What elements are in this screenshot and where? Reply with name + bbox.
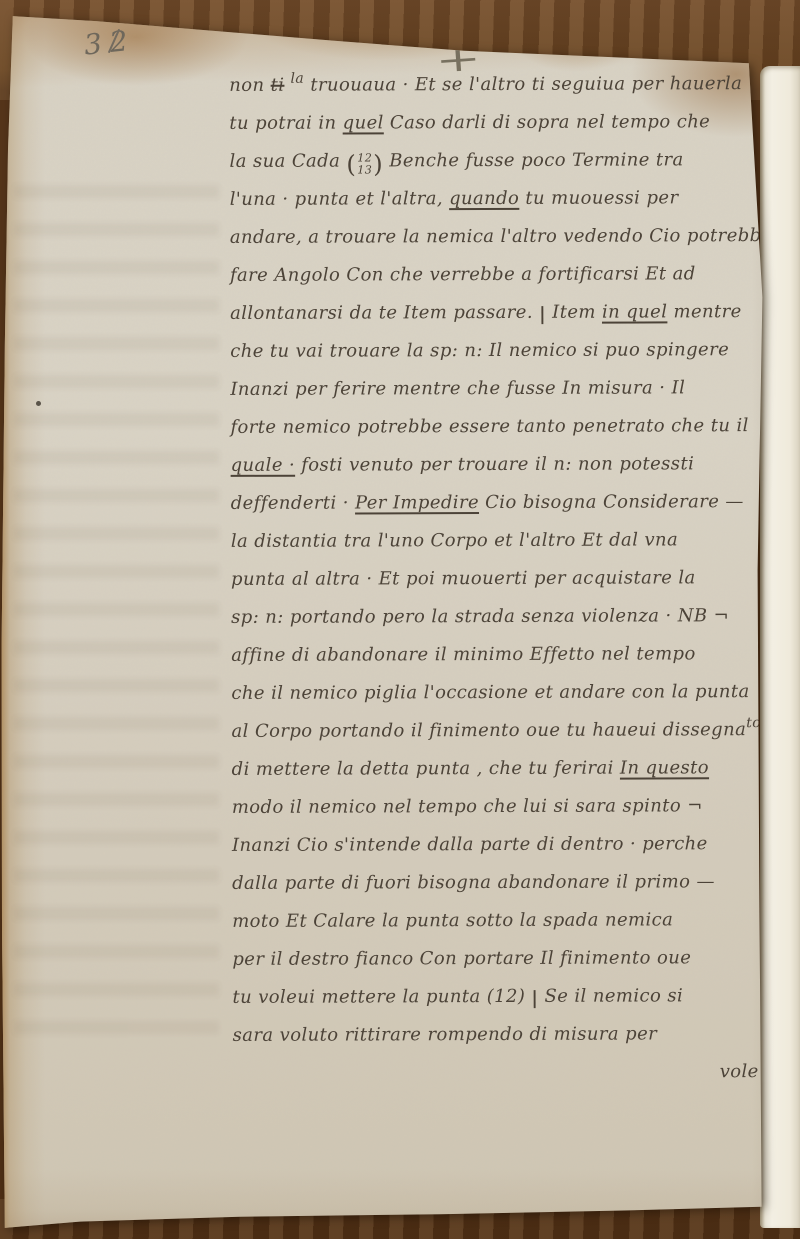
manuscript-line: forte nemico potrebbe essere tanto penet… [230,407,762,447]
manuscript-line: la distantia tra l'uno Corpo et l'altro … [231,521,763,561]
verso-show-through [14,185,219,1045]
text-segment: modo il nemico nel tempo che lui si sara… [232,795,703,818]
section-bar-mark: | [531,988,538,1009]
manuscript-line: quale · fosti venuto per trouare il n: n… [231,445,763,485]
text-segment: di mettere la detta punta , che tu ferir… [232,758,620,780]
manuscript-line: che tu vai trouare la sp: n: Il nemico s… [230,331,762,371]
marginal-fraction: (1213) [346,145,383,183]
text-segment: sara voluto rittirare rompendo di misura… [233,1023,658,1045]
text-segment: non [229,75,270,96]
manuscript-text-block: non ti la truouaua · Et se l'altro ti se… [229,65,765,1093]
underlined-text: quel [343,112,384,133]
underlined-text: quale · [231,455,296,476]
text-segment: tu muouessi per [519,187,678,209]
underlined-text: quando [449,188,519,209]
text-segment: Se il nemico si [538,985,683,1007]
manuscript-line: non ti la truouaua · Et se l'altro ti se… [229,65,761,105]
text-segment: al Corpo portando il finimento oue tu ha… [231,719,746,742]
manuscript-line: andare, a trouare la nemica l'altro vede… [230,217,762,257]
manuscript-line: la sua Cada (1213) Benche fusse poco Ter… [229,141,761,181]
text-segment: Caso darli di sopra nel tempo che [384,111,711,133]
text-segment: allontanarsi da te Item passare. [230,302,539,324]
text-segment: che il nemico piglia l'occasione et anda… [231,681,749,704]
manuscript-line: Inanzi Cio s'intende dalla parte di dent… [232,825,764,865]
text-segment: affine di abandonare il minimo Effetto n… [231,643,696,666]
manuscript-line: punta al altra · Et poi muouerti per acq… [231,559,763,599]
underlined-text: in quel [602,301,667,322]
text-segment: per il destro fianco Con portare Il fini… [232,947,691,970]
manuscript-page: 32 + non ti la truouaua · Et se l'altro … [0,0,800,1239]
text-segment: Item [546,302,602,323]
text-segment: punta al altra · Et poi muouerti per acq… [231,567,696,590]
text-segment: Inanzi per ferire mentre che fusse In mi… [230,377,685,400]
manuscript-line: affine di abandonare il minimo Effetto n… [231,635,763,675]
manuscript-line: allontanarsi da te Item passare. | Item … [230,293,762,333]
manuscript-line: di mettere la detta punta , che tu ferir… [232,749,764,789]
manuscript-line: dalla parte di fuori bisogna abandonare … [232,863,764,903]
text-segment: forte nemico potrebbe essere tanto penet… [230,415,748,438]
text-segment: andare, a trouare la nemica l'altro vede… [230,225,773,248]
manuscript-line: fare Angolo Con che verrebbe a fortifica… [230,255,762,295]
manuscript-page-wrap: 32 + non ti la truouaua · Et se l'altro … [0,0,800,1239]
struck-word: ti [271,75,285,96]
catchword: vole [233,1053,765,1093]
text-segment: la sua Cada [230,151,347,172]
manuscript-photo: { "document": { "description": "aged han… [0,0,800,1239]
section-bar-mark: | [539,304,546,325]
text-segment: mentre [667,301,741,322]
text-segment: Inanzi Cio s'intende dalla parte di dent… [232,833,708,856]
underlined-text: Per Impedire [355,492,479,513]
manuscript-line: Inanzi per ferire mentre che fusse In mi… [230,369,762,409]
text-segment: sp: n: portando pero la strada senza vio… [231,605,729,628]
interlinear-addition: la [291,70,305,86]
interlinear-addition: to [746,715,761,731]
manuscript-line: moto Et Calare la punta sotto la spada n… [232,901,764,941]
text-segment: l'una · punta et l'altra, [230,188,449,210]
text-segment: Cio bisogna Considerare — [479,491,744,513]
text-segment: fosti venuto per trouare il n: non potes… [295,453,694,475]
text-segment: tu voleui mettere la punta (12) [232,986,531,1008]
manuscript-line: tu potrai in quel Caso darli di sopra ne… [229,103,761,143]
text-segment: moto Et Calare la punta sotto la spada n… [232,909,673,932]
text-segment: la distantia tra l'uno Corpo et l'altro … [231,529,678,552]
manuscript-line: al Corpo portando il finimento oue tu ha… [231,711,763,751]
page-number: 32 [82,23,137,61]
manuscript-line: deffenderti · Per Impedire Cio bisogna C… [231,483,763,523]
manuscript-line: che il nemico piglia l'occasione et anda… [231,673,763,713]
text-segment: fare Angolo Con che verrebbe a fortifica… [230,263,696,286]
text-segment: deffenderti · [231,492,355,513]
underlined-text: In questo [620,757,709,778]
manuscript-line: tu voleui mettere la punta (12) | Se il … [232,977,764,1017]
manuscript-line: modo il nemico nel tempo che lui si sara… [232,787,764,827]
ink-speck [36,401,41,406]
manuscript-line: l'una · punta et l'altra, quando tu muou… [230,179,762,219]
text-segment: dalla parte di fuori bisogna abandonare … [232,871,715,894]
text-segment: truouaua · Et se l'altro ti seguiua per … [304,73,742,96]
text-segment: tu potrai in [229,113,342,134]
manuscript-line: sara voluto rittirare rompendo di misura… [233,1015,765,1055]
text-segment: che tu vai trouare la sp: n: Il nemico s… [230,339,729,362]
manuscript-line: sp: n: portando pero la strada senza vio… [231,597,763,637]
manuscript-lines: non ti la truouaua · Et se l'altro ti se… [229,65,764,1055]
text-segment: Benche fusse poco Termine tra [383,149,684,171]
manuscript-line: per il destro fianco Con portare Il fini… [232,939,764,979]
